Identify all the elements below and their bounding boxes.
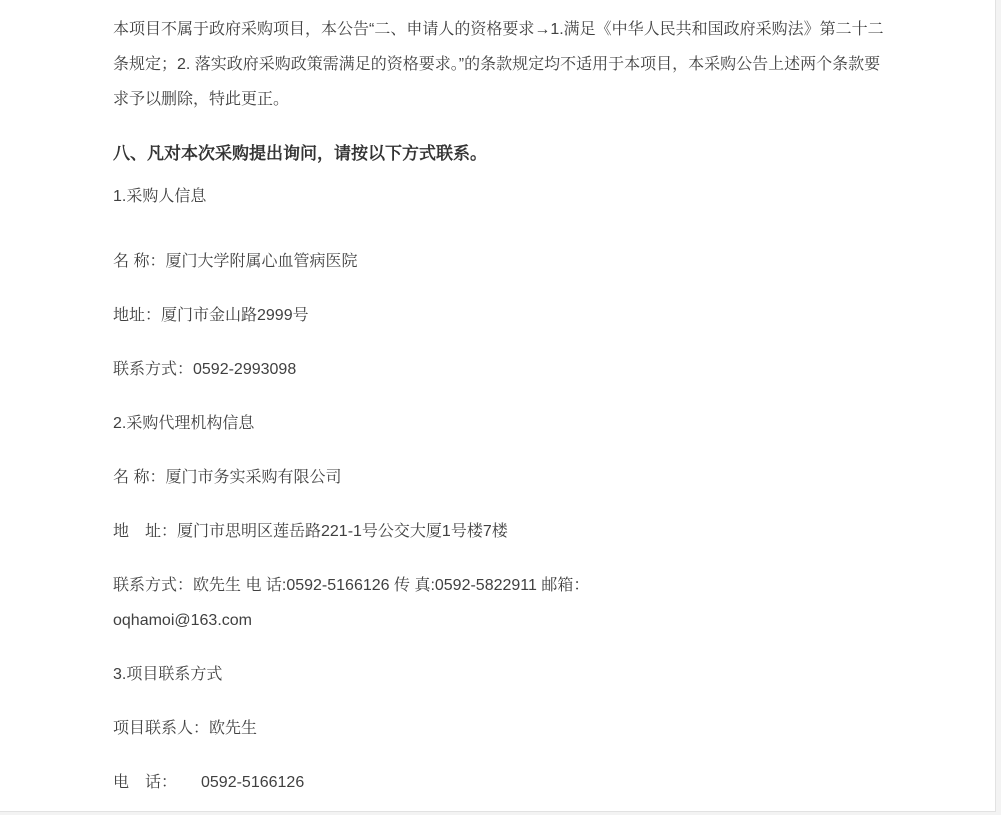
section-heading: 八、凡对本次采购提出询问，请按以下方式联系。 [113,136,890,171]
purchaser-section-title: 1.采购人信息 [113,179,890,214]
purchaser-address: 地址：厦门市金山路2999号 [113,298,890,333]
document-page: 本项目不属于政府采购项目，本公告“二、申请人的资格要求→1.满足《中华人民共和国… [0,0,996,812]
agency-contact-text: 联系方式：欧先生 电 话:0592-5166126 传 真:0592-58229… [113,577,589,594]
project-contact-person: 项目联系人：欧先生 [113,711,890,746]
agency-name: 名 称：厦门市务实采购有限公司 [113,460,890,495]
purchaser-name: 名 称：厦门大学附属心血管病医院 [113,244,890,279]
agency-contact: 联系方式：欧先生 电 话:0592-5166126 传 真:0592-58229… [113,568,890,638]
project-contact-section-title: 3.项目联系方式 [113,657,890,692]
agency-address: 地 址：厦门市思明区莲岳路221-1号公交大厦1号楼7楼 [113,514,890,549]
project-contact-phone: 电 话： 0592-5166126 [113,765,890,800]
purchaser-contact: 联系方式：0592-2993098 [113,352,890,387]
agency-contact-email: oqhamoi@163.com [113,612,252,629]
agency-section-title: 2.采购代理机构信息 [113,406,890,441]
document-content: 本项目不属于政府采购项目，本公告“二、申请人的资格要求→1.满足《中华人民共和国… [0,0,890,800]
correction-paragraph: 本项目不属于政府采购项目，本公告“二、申请人的资格要求→1.满足《中华人民共和国… [113,12,890,117]
